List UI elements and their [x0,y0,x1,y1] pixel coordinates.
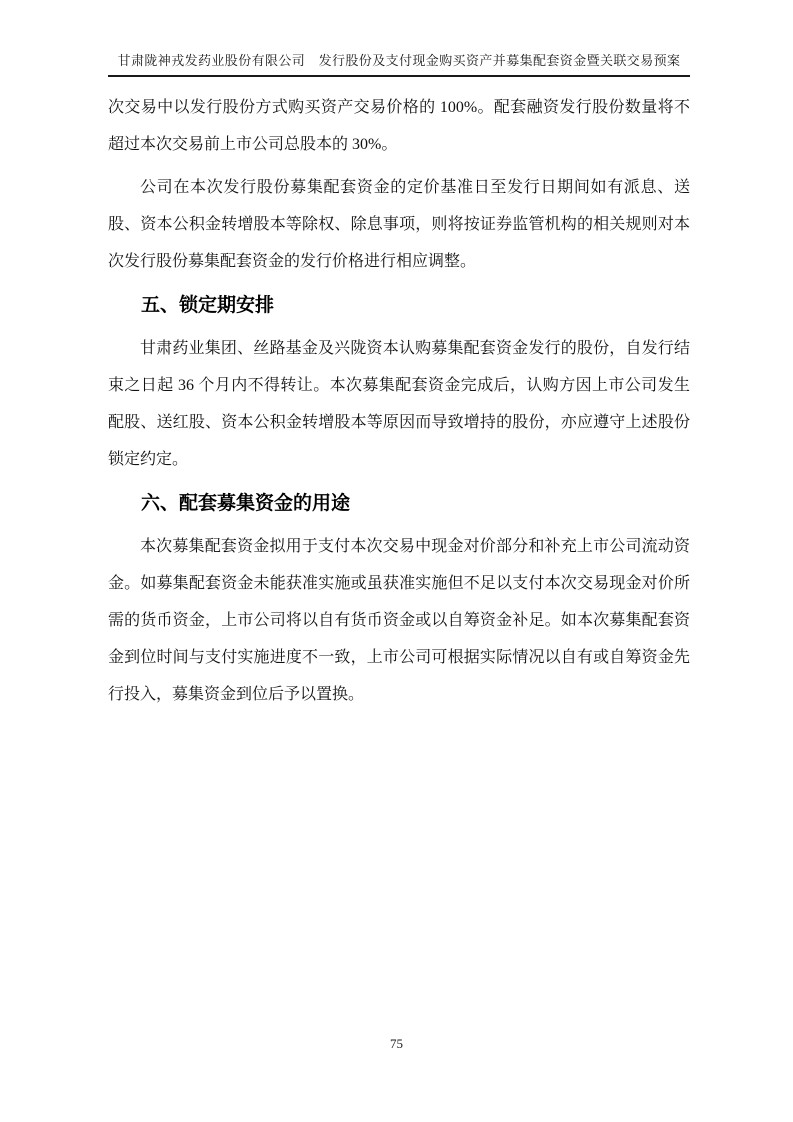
paragraph-continuation: 次交易中以发行股份方式购买资产交易价格的 100%。配套融资发行股份数量将不超过… [108,89,690,163]
section-heading-lockup-period: 五、锁定期安排 [108,293,690,319]
page-number: 75 [0,1036,793,1052]
section-heading-use-of-funds: 六、配套募集资金的用途 [108,491,690,517]
paragraph-use-of-funds: 本次募集配套资金拟用于支付本次交易中现金对价部分和补充上市公司流动资金。如募集配… [108,528,690,713]
page-header-title: 甘肃陇神戎发药业股份有限公司 发行股份及支付现金购买资产并募集配套资金暨关联交易… [108,52,690,77]
document-page: 甘肃陇神戎发药业股份有限公司 发行股份及支付现金购买资产并募集配套资金暨关联交易… [0,0,793,1122]
paragraph-lockup: 甘肃药业集团、丝路基金及兴陇资本认购募集配套资金发行的股份，自发行结束之日起 3… [108,330,690,478]
document-content: 次交易中以发行股份方式购买资产交易价格的 100%。配套融资发行股份数量将不超过… [108,89,690,713]
paragraph-price-adjustment: 公司在本次发行股份募集配套资金的定价基准日至发行日期间如有派息、送股、资本公积金… [108,169,690,280]
